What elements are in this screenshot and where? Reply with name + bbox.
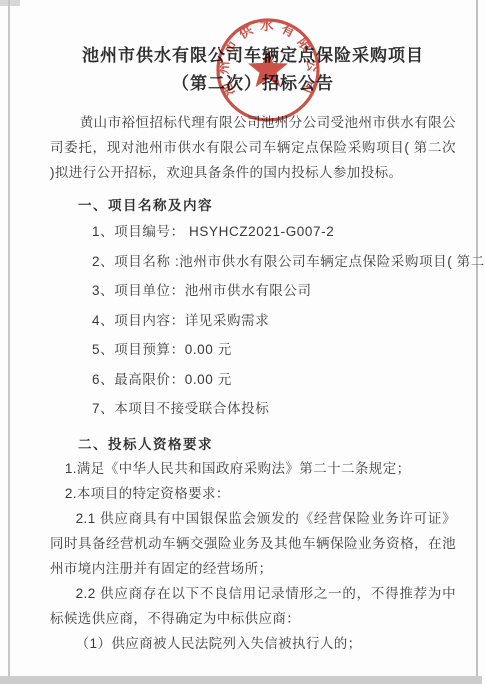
project-budget-item: 5、项目预算：0.00 元: [50, 335, 456, 365]
qualification-subpara-1: （1）供应商被人民法院列入失信被执行人的；: [50, 631, 456, 656]
max-price-item: 6、最高限价：0.00 元: [50, 365, 456, 395]
project-name-item: 2、项目名称 :池州市供水有限公司车辆定点保险采购项目( 第二次 ): [50, 247, 456, 277]
section2-paragraphs: 1.满足《中华人民共和国政府采购法》第二十二条规定； 2.本项目的特定资格要求：…: [50, 456, 456, 656]
no-consortium-item: 7、本项目不接受联合体投标: [50, 394, 456, 424]
section1-item-list: 1、项目编号： HSYHCZ2021-G007-2 2、项目名称 :池州市供水有…: [50, 217, 456, 424]
title-line-2: （第二次）招标公告: [50, 70, 456, 98]
qualification-para-2-2: 2.2 供应商存在以下不良信用记录情形之一的，不得推荐为中标候选供应商，不得确定…: [50, 581, 456, 631]
section1-heading: 一、项目名称及内容: [78, 194, 456, 214]
document-title: 池州市供水有限公司车辆定点保险采购项目 （第二次）招标公告: [50, 42, 456, 98]
page-edge-right: [476, 0, 478, 684]
qualification-para-2-1: 2.1 供应商具有中国银保监会颁发的《经营保险业务许可证》同时具备经营机动车辆交…: [50, 506, 456, 581]
intro-paragraph: 黄山市裕恒招标代理有限公司池州分公司受池州市供水有限公司委托，现对池州市供水有限…: [50, 110, 456, 185]
title-line-1: 池州市供水有限公司车辆定点保险采购项目: [50, 42, 456, 70]
page-edge-top-corner: [0, 0, 20, 6]
page-edge-bottom: [0, 676, 482, 684]
scanned-document-page: 池州市供水有限公司车辆定点保险采购项目 （第二次）招标公告 黄山市裕恒招标代理有…: [0, 0, 485, 684]
project-content-item: 4、项目内容：详见采购需求: [50, 306, 456, 336]
qualification-para-1: 1.满足《中华人民共和国政府采购法》第二十二条规定；: [50, 456, 456, 481]
page-edge-left: [8, 0, 10, 684]
project-number-item: 1、项目编号： HSYHCZ2021-G007-2: [50, 217, 456, 247]
section2-heading: 二、投标人资格要求: [78, 433, 456, 453]
qualification-para-2: 2.本项目的特定资格要求：: [50, 481, 456, 506]
project-unit-item: 3、项目单位：池州市供水有限公司: [50, 276, 456, 306]
document-content: 池州市供水有限公司车辆定点保险采购项目 （第二次）招标公告 黄山市裕恒招标代理有…: [50, 42, 456, 656]
